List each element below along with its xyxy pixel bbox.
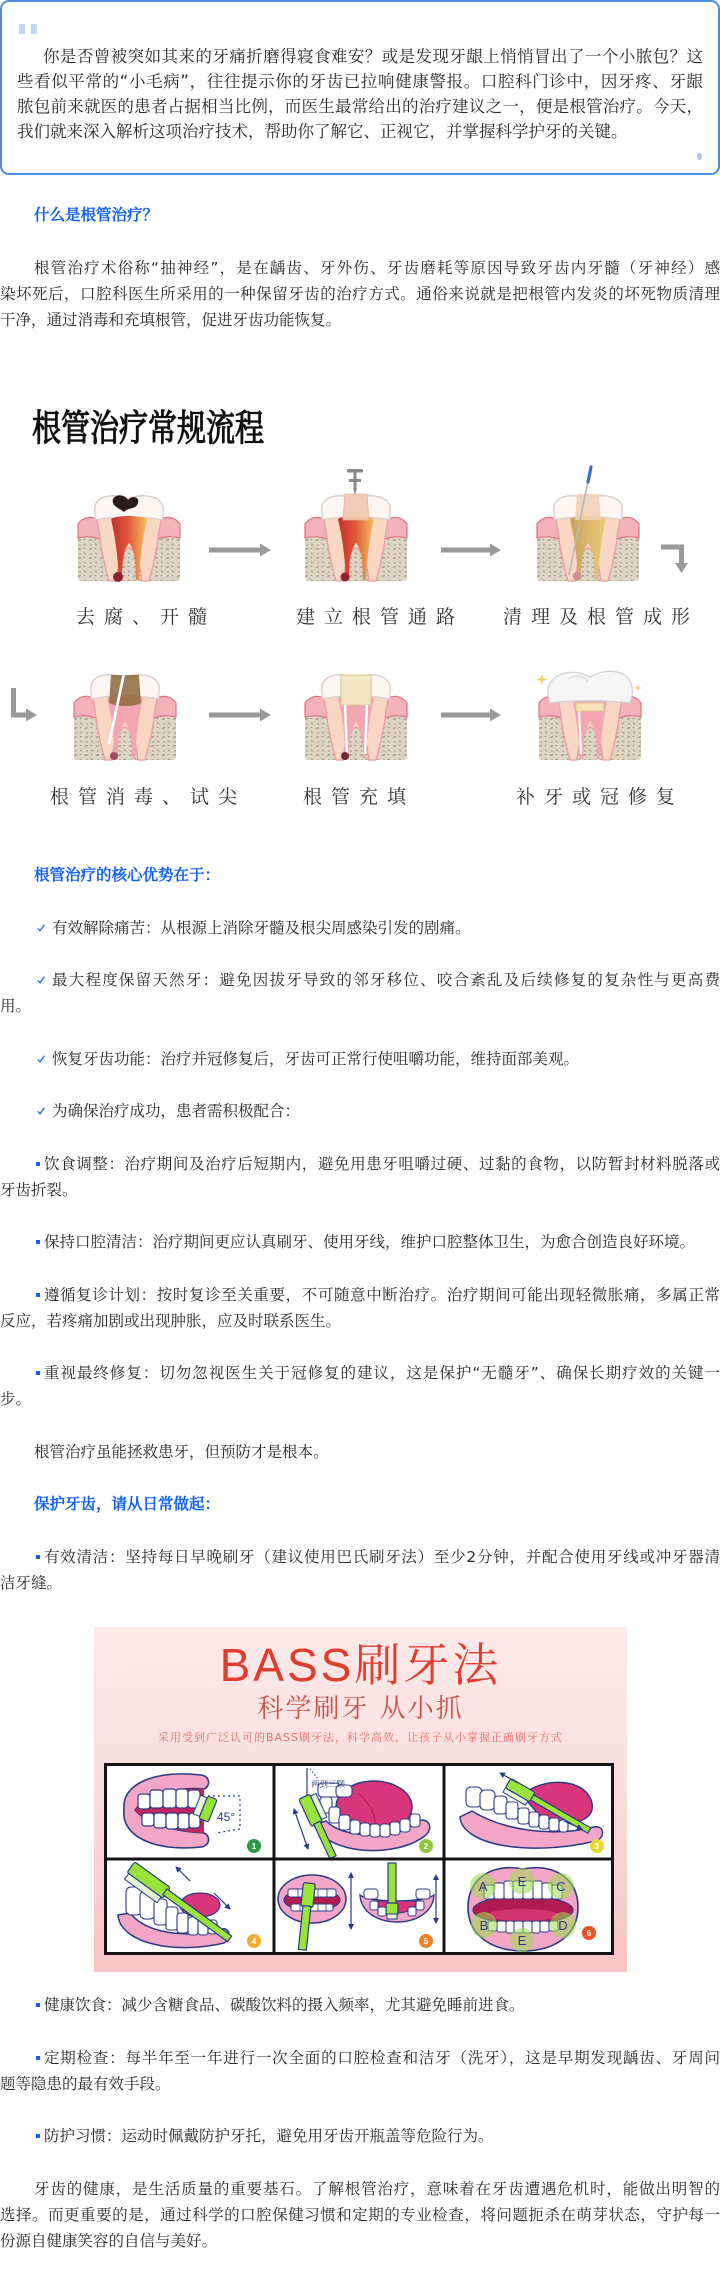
square-bullet-icon (36, 2134, 40, 2138)
paragraph-line: 干净，通过消毒和充填根管，促进牙齿功能恢复。 (0, 307, 720, 333)
list-item-text: 用。 (0, 993, 720, 1019)
list-item-text: 饮食调整：治疗期间及治疗后短期内，避免用患牙咀嚼过硬、过黏的食物，以防暂封材料脱… (44, 1151, 720, 1177)
intro-line: 你是否曾被突如其来的牙痛折磨得寝食难安？或是发现牙龈上悄悄冒出了一个小脓包？这 (17, 44, 703, 69)
tooth-step-2-illustration (305, 469, 407, 582)
list-item-first-line: 防护习惯：运动时佩戴防护牙托，避免用牙齿开瓶盖等危险行为。 (0, 2123, 720, 2149)
zone-label: E (518, 1933, 527, 1948)
list-item-text: 防护习惯：运动时佩戴防护牙托，避免用牙齿开瓶盖等危险行为。 (44, 2123, 720, 2149)
square-bullet-icon (36, 2056, 40, 2060)
paragraph-line: 牙齿的健康，是生活质量的重要基石。了解根管治疗，意味着在牙齿遭遇危机时，能做出明… (0, 2176, 720, 2202)
step-label: 清理及根管成形 (503, 604, 699, 630)
paragraph-definition: 根管治疗术俗称“抽神经”，是在龋齿、牙外伤、牙齿磨耗等原因导致牙齿内牙髓（牙神经… (0, 255, 720, 333)
paragraph-line: 选择。而更重要的是，通过科学的口腔保健习惯和定期的专业检查，将问题扼杀在萌芽状态… (0, 2202, 720, 2228)
list-item: 最大程度保留天然牙：避免因拔牙导致的邻牙移位、咬合紊乱及后续修复的复杂性与更高费… (0, 967, 720, 1019)
angle-label: 45° (217, 1810, 235, 1824)
tooth-step-4-illustration (74, 664, 176, 760)
check-icon (37, 1107, 45, 1115)
figure-title: 根管治疗常规流程 (32, 409, 264, 447)
list-item: 定期检查：每半年至一年进行一次全面的口腔检查和洁牙（洗牙），这是早期发现龋齿、牙… (0, 2045, 720, 2097)
step-label: 根管充填 (303, 784, 415, 810)
section-heading-daily-care: 保护牙齿，请从日常做起： (0, 1491, 720, 1517)
arrow-turn-right-icon (14, 688, 38, 722)
list-item-text: 题等隐患的最有效手段。 (0, 2071, 720, 2097)
dot-decoration-icon (697, 153, 702, 160)
intro-quote-box: 你是否曾被突如其来的牙痛折磨得寝食难安？或是发现牙龈上悄悄冒出了一个小脓包？这 … (0, 0, 720, 175)
list-item-first-line: 恢复牙齿功能：治疗并冠修复后，牙齿可正常行使咀嚼功能，维持面部美观。 (0, 1046, 720, 1072)
step-label: 根管消毒、试尖 (50, 784, 246, 810)
root-canal-process-figure: 根管治疗常规流程 去腐、开髓 建立根管通路 清理及根管成形 根管消毒、试尖 根管… (0, 359, 720, 862)
toothbrush-icon (386, 1863, 398, 1919)
square-bullet-icon (36, 1293, 40, 1297)
step-label: 去腐、开髓 (76, 604, 216, 630)
list-item-text: 反应，若疼痛加剧或出现肿胀，应及时联系医生。 (0, 1308, 720, 1334)
brushing-steps-grid: 45° 1 (104, 1763, 614, 1955)
list-item: 重视最终修复：切勿忽视医生关于冠修复的建议，这是保护“无髓牙”、确保长期疗效的关… (0, 1360, 720, 1412)
paragraph-line: 根管治疗虽能拯救患牙，但预防才是根本。 (0, 1439, 720, 1465)
zone-label: C (556, 1879, 565, 1894)
list-item: 饮食调整：治疗期间及治疗后短期内，避免用患牙咀嚼过硬、过黏的食物，以防暂封材料脱… (0, 1151, 720, 1203)
arrow-turn-down-icon (661, 547, 688, 573)
zone-label: E (518, 1874, 527, 1889)
list-item-text: 最大程度保留天然牙：避免因拔牙导致的邻牙移位、咬合紊乱及后续修复的复杂性与更高费 (52, 967, 720, 993)
zone-label: B (480, 1918, 489, 1933)
intro-line: 我们就来深入解析这项治疗技术，帮助你了解它、正视它，并掌握科学护牙的关键。 (17, 119, 703, 144)
list-item-text: 重视最终修复：切勿忽视医生关于冠修复的建议，这是保护“无髓牙”、确保长期疗效的关… (44, 1360, 720, 1386)
square-bullet-icon (36, 1240, 40, 1244)
section-heading-what-is: 什么是根管治疗？ (0, 202, 720, 228)
list-item-text: 有效解除痛苦：从根源上消除牙髓及根尖周感染引发的剧痛。 (52, 915, 720, 941)
quote-icon (19, 24, 38, 34)
arrow-right-icon (441, 709, 501, 722)
paragraph-line: 根管治疗术俗称“抽神经”，是在龋齿、牙外伤、牙齿磨耗等原因导致牙齿内牙髓（牙神经… (0, 255, 720, 281)
list-item-first-line: 最大程度保留天然牙：避免因拔牙导致的邻牙移位、咬合紊乱及后续修复的复杂性与更高费 (0, 967, 720, 993)
list-item-first-line: 健康饮食：减少含糖食品、碳酸饮料的摄入频率，尤其避免睡前进食。 (0, 1992, 720, 2018)
zone-label: A (479, 1879, 488, 1894)
sparkle-icon (634, 684, 642, 692)
list-item-first-line: 有效解除痛苦：从根源上消除牙髓及根尖周感染引发的剧痛。 (0, 915, 720, 941)
list-item-text: 保持口腔清洁：治疗期间更应认真刷牙、使用牙线，维护口腔整体卫生，为愈合创造良好环… (44, 1229, 720, 1255)
list-item-text: 遵循复诊计划：按时复诊至关重要，不可随意中断治疗。治疗期间可能出现轻微胀痛，多属… (44, 1282, 720, 1308)
paragraph-conclusion: 牙齿的健康，是生活质量的重要基石。了解根管治疗，意味着在牙齿遭遇危机时，能做出明… (0, 2176, 720, 2254)
list-item-first-line: 重视最终修复：切勿忽视医生关于冠修复的建议，这是保护“无髓牙”、确保长期疗效的关… (0, 1360, 720, 1386)
section-heading-advantages: 根管治疗的核心优势在于： (0, 862, 720, 888)
step-number: 4 (252, 1937, 257, 1946)
zone-label: D (558, 1918, 567, 1933)
list-item-text: 洁牙缝。 (0, 1570, 720, 1596)
step-label: 建立根管通路 (296, 604, 464, 630)
intro-line: 脓包前来就医的患者占据相当比例，而医生最常给出的治疗建议之一，便是根管治疗。今天… (17, 94, 703, 119)
tooth-step-1-illustration (78, 495, 180, 582)
check-icon (37, 1055, 45, 1063)
bass-figure-caption: 采用受到广泛认可的BASS刷牙法，科学高效，让孩子从小掌握正确刷牙方式 (94, 1731, 627, 1744)
intro-line: 些看似平常的“小毛病”，往往提示你的牙齿已拉响健康警报。口腔科门诊中，因牙疼、牙… (17, 69, 703, 94)
step-number: 2 (424, 1842, 429, 1851)
list-item: 为确保治疗成功，患者需积极配合： (0, 1098, 720, 1124)
bass-brushing-figure: BASS刷牙法 科学刷牙 从小抓 采用受到广泛认可的BASS刷牙法，科学高效，让… (0, 1627, 720, 1972)
bass-figure-title: BASS刷牙法 (94, 1639, 627, 1691)
list-item-text: 健康饮食：减少含糖食品、碳酸饮料的摄入频率，尤其避免睡前进食。 (44, 1992, 720, 2018)
list-item: 有效清洁：坚持每日早晚刷牙（建议使用巴氏刷牙法）至少2分钟，并配合使用牙线或冲牙… (0, 1544, 720, 1596)
step-number: 5 (424, 1937, 429, 1946)
step-number: 6 (587, 1929, 592, 1938)
list-item: 防护习惯：运动时佩戴防护牙托，避免用牙齿开瓶盖等危险行为。 (0, 2123, 720, 2149)
list-item-first-line: 遵循复诊计划：按时复诊至关重要，不可随意中断治疗。治疗期间可能出现轻微胀痛，多属… (0, 1282, 720, 1308)
list-item-first-line: 保持口腔清洁：治疗期间更应认真刷牙、使用牙线，维护口腔整体卫生，为愈合创造良好环… (0, 1229, 720, 1255)
list-item-text: 有效清洁：坚持每日早晚刷牙（建议使用巴氏刷牙法）至少2分钟，并配合使用牙线或冲牙… (44, 1544, 720, 1570)
arrow-right-icon (209, 544, 271, 557)
square-bullet-icon (36, 1162, 40, 1166)
square-bullet-icon (36, 2003, 40, 2007)
list-item: 有效解除痛苦：从根源上消除牙髓及根尖周感染引发的剧痛。 (0, 915, 720, 941)
list-item-first-line: 有效清洁：坚持每日早晚刷牙（建议使用巴氏刷牙法）至少2分钟，并配合使用牙线或冲牙… (0, 1544, 720, 1570)
bass-figure-image: BASS刷牙法 科学刷牙 从小抓 采用受到广泛认可的BASS刷牙法，科学高效，让… (94, 1627, 627, 1972)
dental-instrument-icon (347, 469, 363, 495)
step-number: 3 (595, 1842, 600, 1851)
check-icon (37, 976, 45, 984)
list-item: 保持口腔清洁：治疗期间更应认真刷牙、使用牙线，维护口腔整体卫生，为愈合创造良好环… (0, 1229, 720, 1255)
sparkle-icon (537, 674, 548, 685)
list-item-text: 定期检查：每半年至一年进行一次全面的口腔检查和洁牙（洗牙），这是早期发现龋齿、牙… (44, 2045, 720, 2071)
paragraph-line: 份源自健康笑容的自信与美好。 (0, 2228, 720, 2254)
bass-figure-subtitle: 科学刷牙 从小抓 (94, 1694, 627, 1724)
check-icon (37, 924, 45, 932)
paragraph-prevention-note: 根管治疗虽能拯救患牙，但预防才是根本。 (0, 1439, 720, 1465)
tooth-step-3-illustration (537, 467, 639, 581)
list-item: 遵循复诊计划：按时复诊至关重要，不可随意中断治疗。治疗期间可能出现轻微胀痛，多属… (0, 1282, 720, 1334)
arrow-right-icon (209, 709, 271, 722)
teeth-count-label: 两到三颗 (311, 1779, 346, 1790)
list-item-text: 步。 (0, 1386, 720, 1412)
arrow-right-icon (441, 544, 501, 557)
step-label: 补牙或冠修复 (516, 784, 684, 810)
list-item-text: 恢复牙齿功能：治疗并冠修复后，牙齿可正常行使咀嚼功能，维持面部美观。 (52, 1046, 720, 1072)
step-number: 1 (252, 1842, 257, 1851)
list-item-first-line: 为确保治疗成功，患者需积极配合： (0, 1098, 720, 1124)
tooth-step-6-illustration (537, 671, 643, 760)
list-item-first-line: 定期检查：每半年至一年进行一次全面的口腔检查和洁牙（洗牙），这是早期发现龋齿、牙… (0, 2045, 720, 2071)
square-bullet-icon (36, 1555, 40, 1559)
list-item-text: 牙齿折裂。 (0, 1177, 720, 1203)
list-item-text: 为确保治疗成功，患者需积极配合： (52, 1098, 720, 1124)
article: 你是否曾被突如其来的牙痛折磨得寝食难安？或是发现牙龈上悄悄冒出了一个小脓包？这 … (0, 0, 720, 2287)
square-bullet-icon (36, 1371, 40, 1375)
list-item: 恢复牙齿功能：治疗并冠修复后，牙齿可正常行使咀嚼功能，维持面部美观。 (0, 1046, 720, 1072)
list-item: 健康饮食：减少含糖食品、碳酸饮料的摄入频率，尤其避免睡前进食。 (0, 1992, 720, 2018)
tooth-step-5-illustration (305, 675, 407, 760)
paragraph-line: 染坏死后，口腔科医生所采用的一种保留牙齿的治疗方式。通俗来说就是把根管内发炎的坏… (0, 281, 720, 307)
list-item-first-line: 饮食调整：治疗期间及治疗后短期内，避免用患牙咀嚼过硬、过黏的食物，以防暂封材料脱… (0, 1151, 720, 1177)
